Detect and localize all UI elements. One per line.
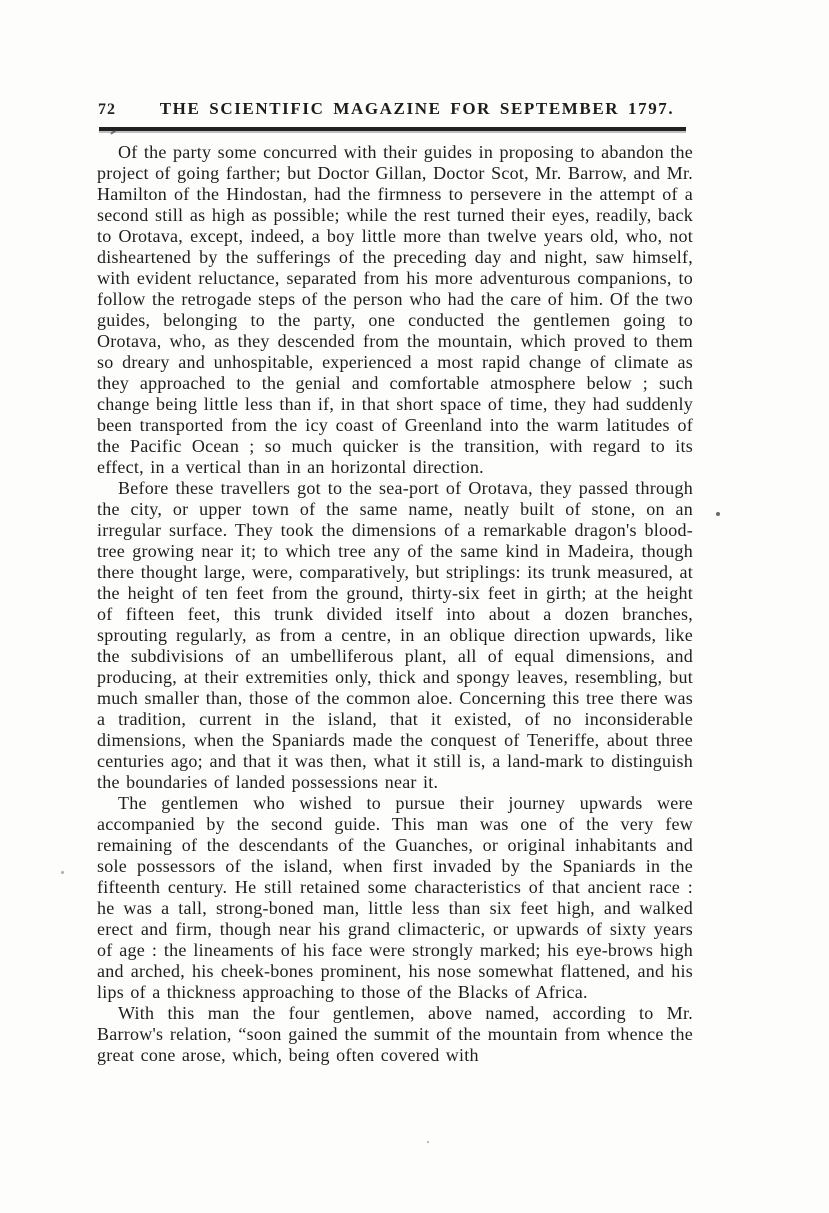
scanned-magazine-page: 72 THE SCIENTIFIC MAGAZINE FOR SEPTEMBER…	[0, 0, 829, 1213]
scan-speck	[427, 1141, 429, 1143]
scan-speck	[716, 512, 720, 516]
body-paragraph: The gentlemen who wished to pursue their…	[97, 793, 693, 1003]
running-title: THE SCIENTIFIC MAGAZINE FOR SEPTEMBER 17…	[146, 99, 688, 119]
header-rule	[99, 127, 686, 131]
body-paragraph: Before these travellers got to the sea-p…	[97, 478, 693, 793]
body-paragraph: With this man the four gentlemen, above …	[97, 1003, 693, 1066]
page-header: 72 THE SCIENTIFIC MAGAZINE FOR SEPTEMBER…	[98, 99, 688, 119]
body-paragraph: Of the party some concurred with their g…	[97, 142, 693, 478]
page-body: Of the party some concurred with their g…	[97, 142, 693, 1066]
page-number: 72	[98, 101, 146, 119]
scan-speck	[61, 871, 64, 874]
